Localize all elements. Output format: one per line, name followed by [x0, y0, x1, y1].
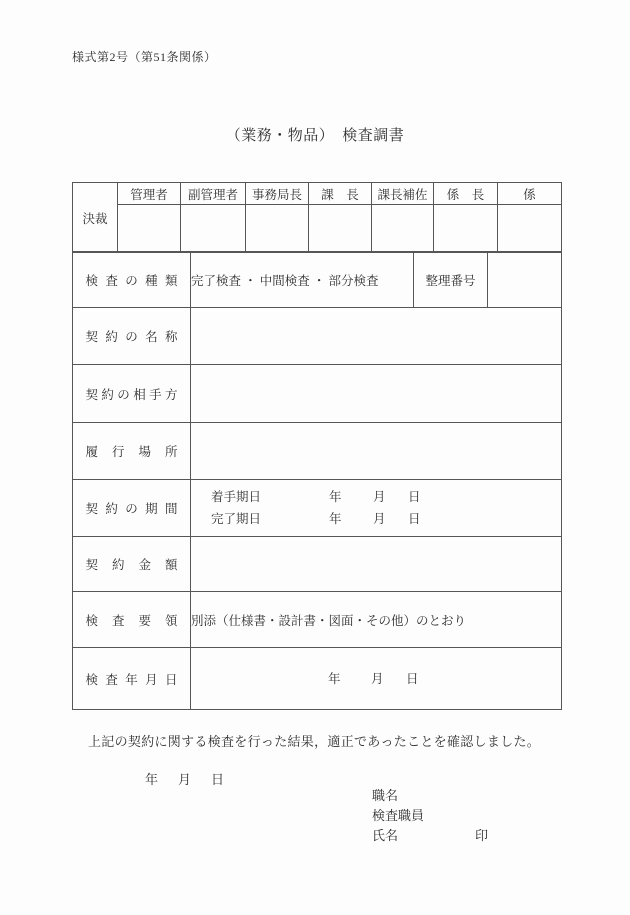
inspection-date-row: 検査年月日 年 月 日 — [73, 648, 562, 710]
stamp-cell-secretary-general — [246, 205, 309, 253]
reference-number-label: 整理番号 — [414, 252, 488, 308]
end-date-label: 完了期日 — [211, 508, 261, 530]
stamp-cell-staff — [498, 205, 562, 253]
inspection-outline-text: 別添（仕様書・設計書・図面・その他）のとおり — [191, 592, 562, 648]
form-code-text: 様式第2号（第51条関係） — [72, 48, 217, 65]
contract-name-value — [191, 308, 562, 365]
inspection-date-value: 年 月 日 — [191, 648, 562, 710]
inspection-type-row: 検査の種類 完了検査 ・ 中間検査 ・ 部分検査 整理番号 — [73, 252, 562, 308]
reference-number-value — [488, 252, 562, 308]
approval-header-secretary-general: 事務局長 — [246, 183, 309, 205]
approval-header-subsection-chief: 係 長 — [434, 183, 498, 205]
period-end-line: 完了期日 年 月 日 — [191, 508, 561, 530]
seal-label: 印 — [475, 826, 488, 846]
stamp-cell-subsection-chief — [434, 205, 498, 253]
inspection-year-label: 年 — [328, 670, 341, 688]
contract-name-label: 契約の名称 — [73, 308, 191, 365]
performance-place-row: 履行場所 — [73, 423, 562, 480]
inspection-outline-label: 検査要領 — [73, 592, 191, 648]
signer-role-label: 検査職員 — [372, 806, 424, 826]
start-year-label: 年 — [329, 486, 342, 508]
footer-year-label: 年 — [145, 769, 158, 788]
signer-name-label: 氏名 — [372, 828, 398, 843]
end-month-label: 月 — [373, 508, 386, 530]
inspection-outline-row: 検査要領 別添（仕様書・設計書・図面・その他）のとおり — [73, 592, 562, 648]
inspection-type-options: 完了検査 ・ 中間検査 ・ 部分検査 — [191, 252, 414, 308]
contract-period-row: 契約の期間 着手期日 年 月 日 完了期日 年 月 日 — [73, 480, 562, 537]
approval-header-staff: 係 — [498, 183, 562, 205]
footer-month-label: 月 — [178, 769, 191, 788]
signer-title-label: 職名 — [372, 786, 424, 806]
inspection-date-line: 年 月 日 — [191, 670, 561, 688]
contract-party-value — [191, 365, 562, 423]
approval-header-deputy-manager: 副管理者 — [181, 183, 246, 205]
signer-name-line: 氏名 印 — [372, 826, 424, 846]
end-year-label: 年 — [329, 508, 342, 530]
inspection-report-form: 様式第2号（第51条関係） （業務・物品） 検査調書 決裁 管理者 副管理者 事… — [0, 0, 630, 915]
start-month-label: 月 — [373, 486, 386, 508]
approval-row-label: 決裁 — [73, 183, 118, 253]
contract-amount-value — [191, 537, 562, 592]
inspection-month-label: 月 — [371, 670, 384, 688]
confirmation-text: 上記の契約に関する検査を行った結果，適正であったことを確認しました。 — [88, 731, 540, 750]
stamp-cell-section-chief — [309, 205, 372, 253]
signer-block: 職名 検査職員 氏名 印 — [372, 786, 424, 846]
approval-table: 決裁 管理者 副管理者 事務局長 課 長 課長補佐 係 長 係 — [72, 182, 562, 253]
start-date-label: 着手期日 — [211, 486, 261, 508]
approval-header-section-chief: 課 長 — [309, 183, 372, 205]
contract-period-value: 着手期日 年 月 日 完了期日 年 月 日 — [191, 480, 562, 537]
footer-day-label: 日 — [211, 769, 224, 788]
contract-amount-label: 契約金額 — [73, 537, 191, 592]
inspection-type-label: 検査の種類 — [73, 252, 191, 308]
contract-party-row: 契約の相手方 — [73, 365, 562, 423]
approval-header-assistant-section-chief: 課長補佐 — [372, 183, 434, 205]
end-day-label: 日 — [408, 508, 421, 530]
main-table: 検査の種類 完了検査 ・ 中間検査 ・ 部分検査 整理番号 契約の名称 契約の相… — [72, 251, 562, 710]
stamp-cell-assistant-section-chief — [372, 205, 434, 253]
contract-name-row: 契約の名称 — [73, 308, 562, 365]
contract-party-label: 契約の相手方 — [73, 365, 191, 423]
page-title: （業務・物品） 検査調書 — [0, 124, 630, 145]
period-start-line: 着手期日 年 月 日 — [191, 486, 561, 508]
performance-place-value — [191, 423, 562, 480]
performance-place-label: 履行場所 — [73, 423, 191, 480]
stamp-cell-manager — [118, 205, 181, 253]
start-day-label: 日 — [408, 486, 421, 508]
footer-date-line: 年 月 日 — [0, 769, 630, 785]
contract-amount-row: 契約金額 — [73, 537, 562, 592]
stamp-cell-deputy-manager — [181, 205, 246, 253]
approval-header-manager: 管理者 — [118, 183, 181, 205]
inspection-date-label: 検査年月日 — [73, 648, 191, 710]
inspection-day-label: 日 — [406, 670, 419, 688]
contract-period-label: 契約の期間 — [73, 480, 191, 537]
